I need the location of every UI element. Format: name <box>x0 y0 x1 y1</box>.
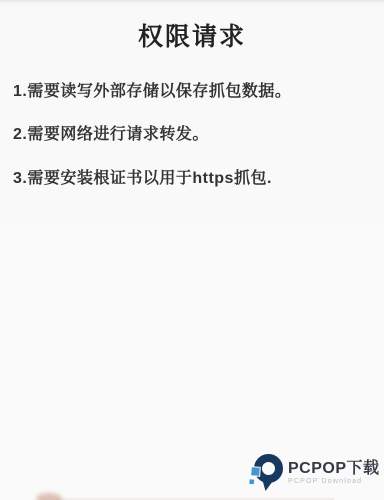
permission-item-storage: 1.需要读写外部存储以保存抓包数据。 <box>13 83 376 101</box>
pcpop-p-icon <box>249 454 283 492</box>
permission-item-certificate: 3.需要安装根证书以用于https抓包. <box>13 170 376 188</box>
watermark-subtitle-text: PCPOP Download <box>288 477 380 486</box>
page-title: 权限请求 <box>0 24 384 51</box>
watermark-text-block: PCPOP下载 PCPOP Download <box>288 460 380 486</box>
pcpop-watermark: PCPOP下载 PCPOP Download <box>249 451 379 495</box>
permission-item-network: 2.需要网络进行请求转发。 <box>13 126 376 144</box>
watermark-brand-text: PCPOP下载 <box>288 460 380 477</box>
permission-request-screen: 权限请求 1.需要读写外部存储以保存抓包数据。 2.需要网络进行请求转发。 3.… <box>0 0 384 500</box>
